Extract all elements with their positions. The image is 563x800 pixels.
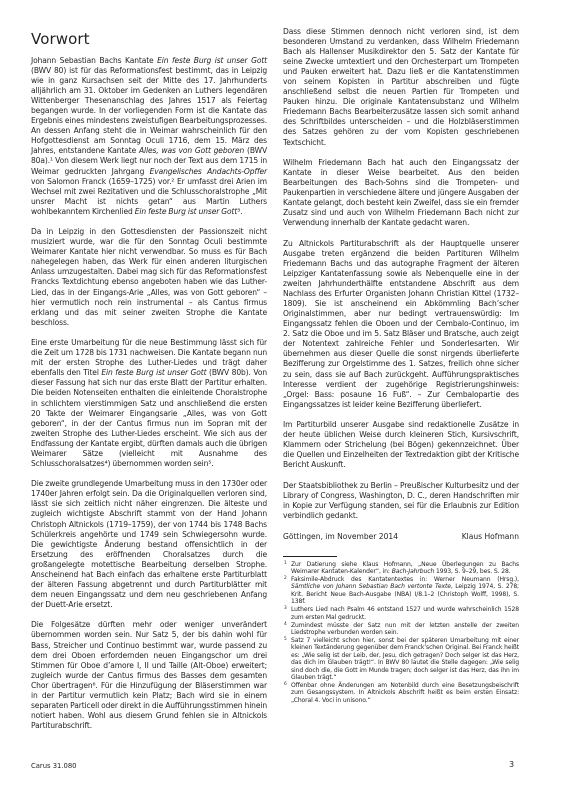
body-paragraph: Dass diese Stimmen dennoch nicht verlore… bbox=[283, 27, 519, 148]
footnote-number: 2 bbox=[284, 575, 287, 582]
body-paragraph: Da in Leipzig in den Gottesdiensten der … bbox=[31, 227, 267, 327]
footnote-item: 5Satz 7 vielleicht schon hier, sonst bei… bbox=[283, 637, 519, 681]
italic-title-text: Evangelisches Andachts-Opffer bbox=[150, 167, 267, 176]
text-run: Luthers Lied nach Psalm 46 entstand 1527… bbox=[291, 606, 519, 620]
italic-title-text: Ein feste Burg ist unser Gott bbox=[101, 368, 206, 377]
text-run: (BWV 80) ist für das Reformationsfest be… bbox=[31, 66, 267, 155]
page-title: Vorwort bbox=[31, 30, 267, 48]
text-run: Zu Altnickols Partiturabschrift als der … bbox=[283, 239, 519, 409]
catalog-number: Carus 31.080 bbox=[31, 762, 77, 771]
footnote-number: 4 bbox=[284, 621, 287, 628]
text-run: Da in Leipzig in den Gottesdiensten der … bbox=[31, 227, 267, 326]
text-run: Wilhelm Friedemann Bach hat auch den Ein… bbox=[283, 158, 519, 227]
body-paragraph: Zu Altnickols Partiturabschrift als der … bbox=[283, 239, 519, 410]
footnote-item: 4Zumindest müsste der Satz nun mit der l… bbox=[283, 622, 519, 637]
footnote-number: 3 bbox=[284, 605, 287, 612]
text-run: 1993, S. 9–29, bes. S. 28. bbox=[434, 568, 510, 575]
italic-title-text: Ein feste Burg ist unser Gott bbox=[135, 207, 237, 216]
page-number: 3 bbox=[509, 760, 514, 770]
text-run: Dass diese Stimmen dennoch nicht verlore… bbox=[283, 27, 519, 147]
footnote-divider bbox=[283, 556, 337, 557]
italic-title-text: Alles, was von Gott geboren bbox=[139, 146, 244, 155]
italic-title-text: Bach-Jahrbuch bbox=[392, 568, 435, 575]
right-paragraphs: Dass diese Stimmen dennoch nicht verlore… bbox=[283, 27, 519, 521]
author-name: Klaus Hofmann bbox=[462, 532, 519, 542]
left-paragraphs: Johann Sebastian Bachs Kantate Ein feste… bbox=[31, 56, 267, 731]
text-run: (BWV 80b). Von dieser Fassung hat sich n… bbox=[31, 368, 267, 467]
footnote-item: 6Offenbar ohne Änderungen am Notenbild d… bbox=[283, 682, 519, 704]
document-page: Vorwort Johann Sebastian Bachs Kantate E… bbox=[0, 0, 563, 800]
text-run: Die Folgesätze dürften mehr oder weniger… bbox=[31, 620, 267, 729]
text-run: Faksimile-Abdruck des Kantatentextes in:… bbox=[291, 576, 519, 583]
footnote-number: 6 bbox=[284, 681, 287, 688]
signature-line: Göttingen, im November 2014 Klaus Hofman… bbox=[283, 532, 519, 542]
body-paragraph: Im Partiturbild unserer Ausgabe sind red… bbox=[283, 420, 519, 470]
body-paragraph: Johann Sebastian Bachs Kantate Ein feste… bbox=[31, 56, 267, 217]
footnote-item: 1Zur Datierung siehe Klaus Hofmann, „Neu… bbox=[283, 561, 519, 576]
body-paragraph: Die zweite grundlegende Umarbeitung muss… bbox=[31, 479, 267, 610]
place-date: Göttingen, im November 2014 bbox=[283, 532, 398, 542]
body-paragraph: Der Staatsbibliothek zu Berlin – Preußis… bbox=[283, 481, 519, 521]
text-run: ³. bbox=[237, 207, 242, 216]
text-run: Die zweite grundlegende Umarbeitung muss… bbox=[31, 479, 267, 609]
right-column: Dass diese Stimmen dennoch nicht verlore… bbox=[283, 27, 519, 705]
footnote-number: 1 bbox=[284, 560, 287, 567]
text-run: Der Staatsbibliothek zu Berlin – Preußis… bbox=[283, 481, 519, 520]
italic-title-text: Sämtliche von Johann Sebastian Bach vert… bbox=[291, 583, 451, 590]
footnote-item: 3Luthers Lied nach Psalm 46 entstand 152… bbox=[283, 606, 519, 621]
italic-title-text: Ein feste Burg ist unser Gott bbox=[157, 56, 267, 65]
text-run: Satz 7 vielleicht schon hier, sonst bei … bbox=[291, 637, 519, 681]
body-paragraph: Wilhelm Friedemann Bach hat auch den Ein… bbox=[283, 158, 519, 228]
body-paragraph: Eine erste Umarbeitung für die neue Best… bbox=[31, 338, 267, 469]
left-column: Vorwort Johann Sebastian Bachs Kantate E… bbox=[31, 27, 267, 741]
footnote-item: 2Faksimile-Abdruck des Kantatentextes in… bbox=[283, 576, 519, 606]
text-run: Im Partiturbild unserer Ausgabe sind red… bbox=[283, 420, 519, 469]
footnotes-list: 1Zur Datierung siehe Klaus Hofmann, „Neu… bbox=[283, 561, 519, 705]
text-run: Zumindest müsste der Satz nun mit der le… bbox=[291, 622, 519, 636]
body-paragraph: Die Folgesätze dürften mehr oder weniger… bbox=[31, 620, 267, 731]
text-run: Johann Sebastian Bachs Kantate bbox=[31, 56, 157, 65]
footnote-number: 5 bbox=[284, 636, 287, 643]
text-run: Offenbar ohne Änderungen am Notenbild du… bbox=[291, 682, 519, 704]
